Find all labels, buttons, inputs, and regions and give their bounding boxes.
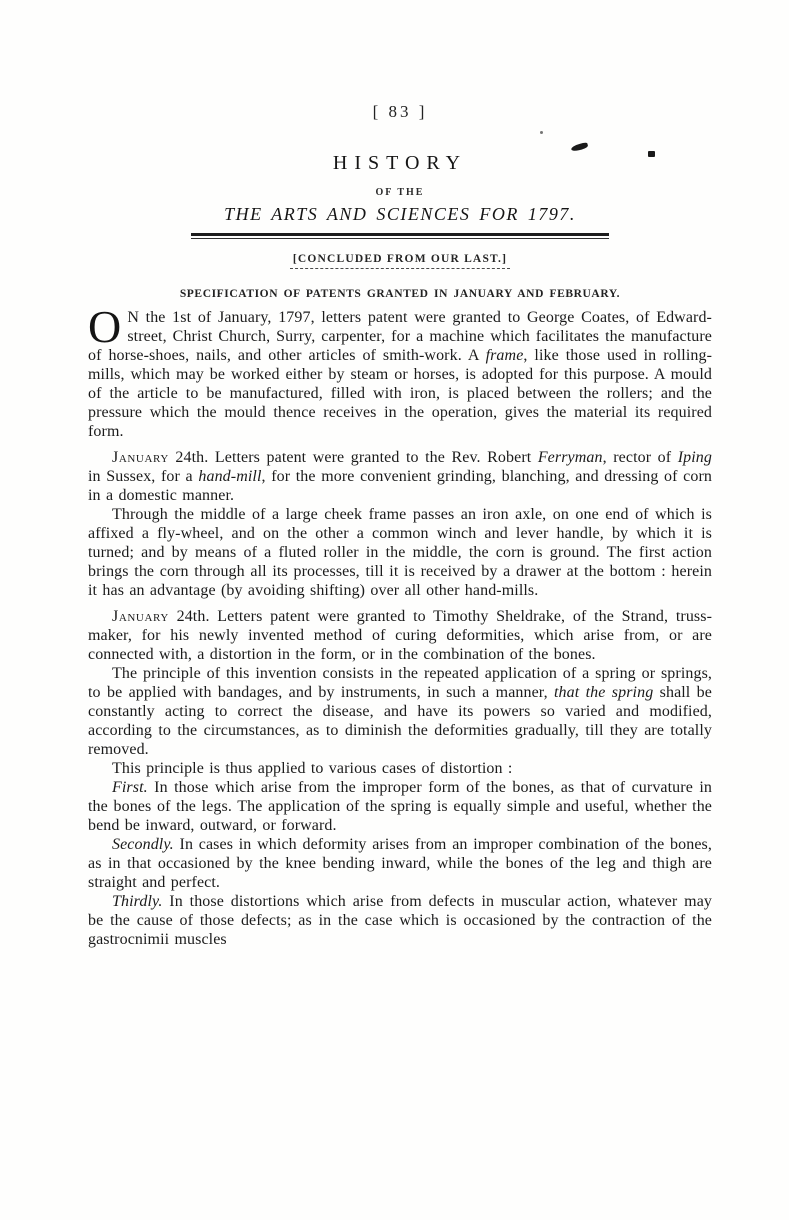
text-segment: that the spring bbox=[554, 684, 653, 701]
text-segment: In cases in which deformity arises from … bbox=[88, 836, 712, 891]
text-segment: hand-mill bbox=[198, 468, 261, 485]
paragraph: ON the 1st of January, 1797, letters pat… bbox=[88, 308, 712, 441]
continuation-note: [CONCLUDED FROM OUR LAST.] bbox=[290, 253, 510, 269]
article-body: ON the 1st of January, 1797, letters pat… bbox=[88, 308, 712, 949]
text-segment: frame bbox=[486, 347, 524, 364]
paragraph: Thirdly. In those distortions which aris… bbox=[88, 892, 712, 949]
article-subtitle: OF THE bbox=[88, 187, 712, 198]
article-title: HISTORY bbox=[88, 152, 712, 175]
double-rule-divider bbox=[191, 233, 609, 239]
text-segment: This principle is thus applied to variou… bbox=[112, 760, 512, 777]
paragraph: January 24th. Letters patent were grante… bbox=[88, 448, 712, 505]
text-segment: Ferryman bbox=[538, 449, 603, 466]
scanned-page: [ 83 ] HISTORY OF THE THE ARTS AND SCIEN… bbox=[0, 0, 789, 1220]
text-segment: in Sussex, for a bbox=[88, 468, 198, 485]
paragraph: The principle of this invention consists… bbox=[88, 664, 712, 759]
text-segment: January bbox=[112, 449, 169, 466]
text-segment: First. bbox=[112, 779, 148, 796]
page-number: [ 83 ] bbox=[88, 102, 712, 122]
text-segment: 24th. Letters patent were granted to Tim… bbox=[88, 608, 712, 663]
text-segment: January bbox=[112, 608, 169, 625]
text-segment: Through the middle of a large cheek fram… bbox=[88, 506, 712, 599]
text-segment: Iping bbox=[678, 449, 712, 466]
text-segment: In those distortions which arise from de… bbox=[88, 893, 712, 948]
paragraph: Secondly. In cases in which deformity ar… bbox=[88, 835, 712, 892]
paragraph: First. In those which arise from the imp… bbox=[88, 778, 712, 835]
text-column: [ 83 ] HISTORY OF THE THE ARTS AND SCIEN… bbox=[88, 0, 712, 949]
paragraph: January 24th. Letters patent were grante… bbox=[88, 607, 712, 664]
paragraph: This principle is thus applied to variou… bbox=[88, 759, 712, 778]
text-segment: Secondly. bbox=[112, 836, 174, 853]
text-segment: Thirdly. bbox=[112, 893, 162, 910]
text-segment: , rector of bbox=[603, 449, 678, 466]
paragraph: Through the middle of a large cheek fram… bbox=[88, 505, 712, 600]
series-title: THE ARTS AND SCIENCES FOR 1797. bbox=[88, 204, 712, 225]
continuation-note-row: [CONCLUDED FROM OUR LAST.] bbox=[88, 249, 712, 269]
drop-cap: O bbox=[88, 308, 127, 344]
text-segment: In those which arise from the improper f… bbox=[88, 779, 712, 834]
text-segment: 24th. Letters patent were granted to the… bbox=[169, 449, 538, 466]
section-heading: SPECIFICATION OF PATENTS GRANTED IN JANU… bbox=[88, 288, 712, 300]
